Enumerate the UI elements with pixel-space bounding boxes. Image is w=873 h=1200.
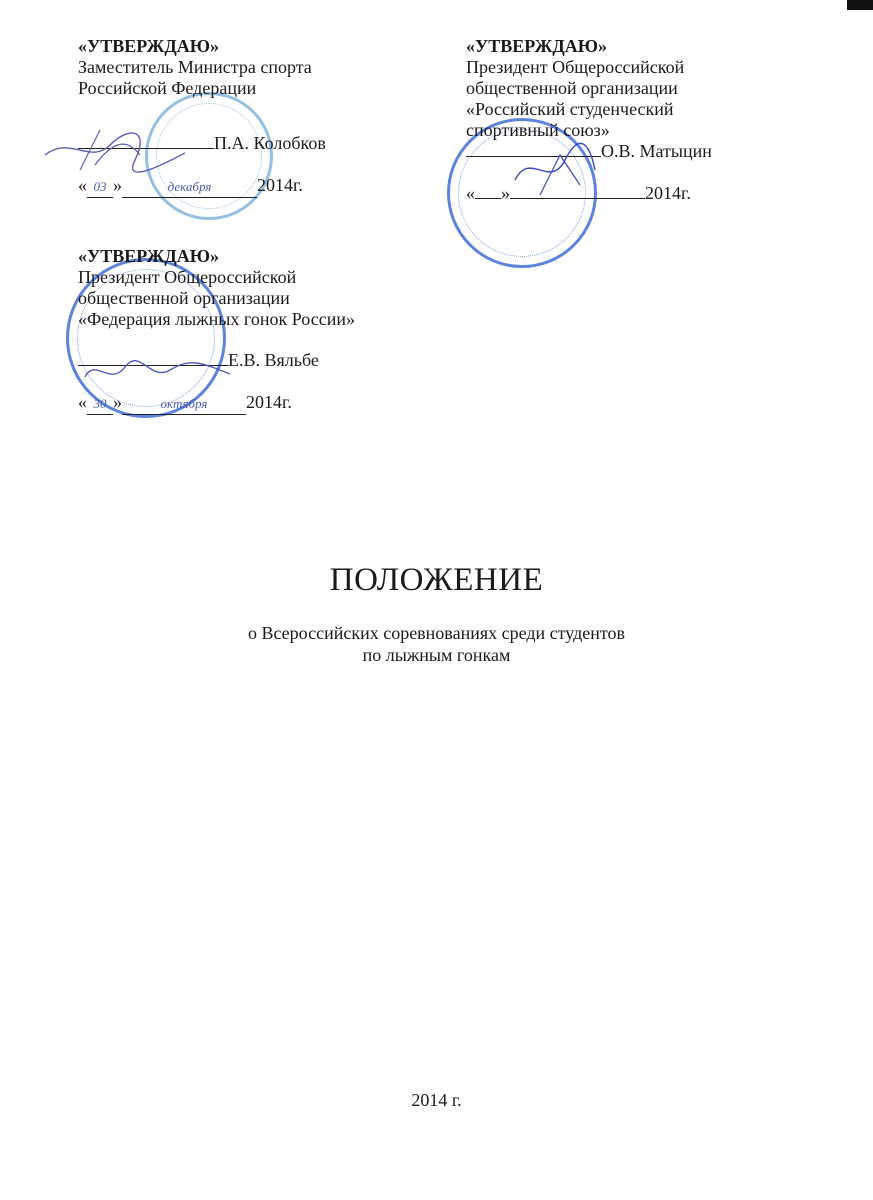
date-year: 2014г. bbox=[645, 183, 691, 203]
approval-block-ski-federation: «УТВЕРЖДАЮ» Президент Общероссийской общ… bbox=[78, 246, 355, 415]
approval-header: «УТВЕРЖДАЮ» bbox=[78, 36, 326, 57]
signature-line: О.В. Матыцин bbox=[466, 141, 712, 162]
approval-position-line: общественной организации bbox=[466, 78, 712, 99]
scan-corner-mark bbox=[847, 0, 873, 10]
signature-line: Е.В. Вяльбе bbox=[78, 350, 355, 371]
date-year: 2014г. bbox=[246, 392, 292, 412]
document-subtitle: о Всероссийских соревнованиях среди студ… bbox=[0, 622, 873, 666]
date-month: октября bbox=[122, 393, 246, 415]
approval-date: «»2014г. bbox=[466, 183, 712, 204]
approval-position-line: Президент Общероссийской bbox=[78, 267, 355, 288]
approval-date: «30»октября2014г. bbox=[78, 392, 355, 415]
approval-position-line: «Российский студенческий bbox=[466, 99, 712, 120]
subtitle-line: о Всероссийских соревнованиях среди студ… bbox=[0, 622, 873, 644]
approval-position-line: «Федерация лыжных гонок России» bbox=[78, 309, 355, 330]
signatory-name: П.А. Колобков bbox=[214, 133, 326, 153]
date-day: 30 bbox=[87, 393, 113, 415]
subtitle-line: по лыжным гонкам bbox=[0, 644, 873, 666]
approval-header: «УТВЕРЖДАЮ» bbox=[78, 246, 355, 267]
approval-position-line: Российской Федерации bbox=[78, 78, 326, 99]
document-title: ПОЛОЖЕНИЕ bbox=[0, 562, 873, 599]
approval-block-ministry: «УТВЕРЖДАЮ» Заместитель Министра спорта … bbox=[78, 36, 326, 198]
approval-block-student-union: «УТВЕРЖДАЮ» Президент Общероссийской общ… bbox=[466, 36, 712, 204]
signatory-name: Е.В. Вяльбе bbox=[228, 350, 319, 370]
date-year: 2014г. bbox=[257, 175, 303, 195]
approval-position-line: спортивный союз» bbox=[466, 120, 712, 141]
date-month: декабря bbox=[122, 176, 257, 198]
signature-line: П.А. Колобков bbox=[78, 133, 326, 154]
document-year: 2014 г. bbox=[0, 1090, 873, 1111]
approval-position-line: Заместитель Министра спорта bbox=[78, 57, 326, 78]
approval-date: «03»декабря2014г. bbox=[78, 175, 326, 198]
approval-position-line: общественной организации bbox=[78, 288, 355, 309]
signatory-name: О.В. Матыцин bbox=[601, 141, 712, 161]
date-month bbox=[510, 198, 645, 199]
approval-position-line: Президент Общероссийской bbox=[466, 57, 712, 78]
date-day: 03 bbox=[87, 176, 113, 198]
date-day bbox=[475, 198, 501, 199]
approval-header: «УТВЕРЖДАЮ» bbox=[466, 36, 712, 57]
